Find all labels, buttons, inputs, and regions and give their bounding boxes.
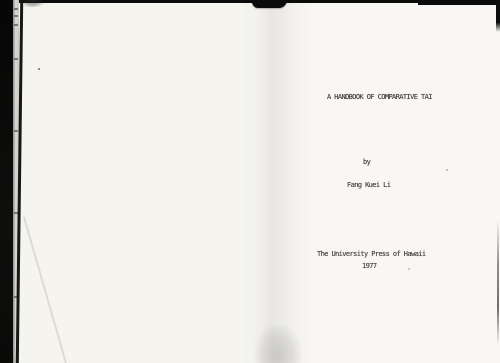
scanned-book-spread: A HANDBOOK OF COMPARATIVE TAI by Fang Ku… xyxy=(0,0,500,363)
gutter-bottom-smudge xyxy=(254,324,302,363)
scan-edge-left xyxy=(0,0,13,363)
byline: by xyxy=(363,159,370,166)
author-name: Fang Kuei Li xyxy=(347,182,390,189)
dust-speck xyxy=(446,169,448,171)
gutter-shadow xyxy=(241,0,315,363)
page-edge-mark xyxy=(14,8,18,10)
year-line: 1977 xyxy=(362,263,376,270)
page-edge-mark xyxy=(14,130,18,132)
top-left-smudge xyxy=(24,0,43,7)
dust-speck xyxy=(408,268,410,270)
publisher-line: The University Press of Hawaii xyxy=(317,251,425,258)
dust-speck xyxy=(38,68,40,70)
scan-edge-top-right xyxy=(418,0,500,5)
page-edge-mark xyxy=(14,58,18,60)
page-edge-mark xyxy=(14,15,18,17)
left-page xyxy=(19,0,249,363)
scan-edge-right-top xyxy=(496,0,500,32)
scan-edge-right-lower xyxy=(497,220,499,345)
page-edge-mark xyxy=(14,24,18,26)
book-title: A HANDBOOK OF COMPARATIVE TAI xyxy=(327,94,432,101)
